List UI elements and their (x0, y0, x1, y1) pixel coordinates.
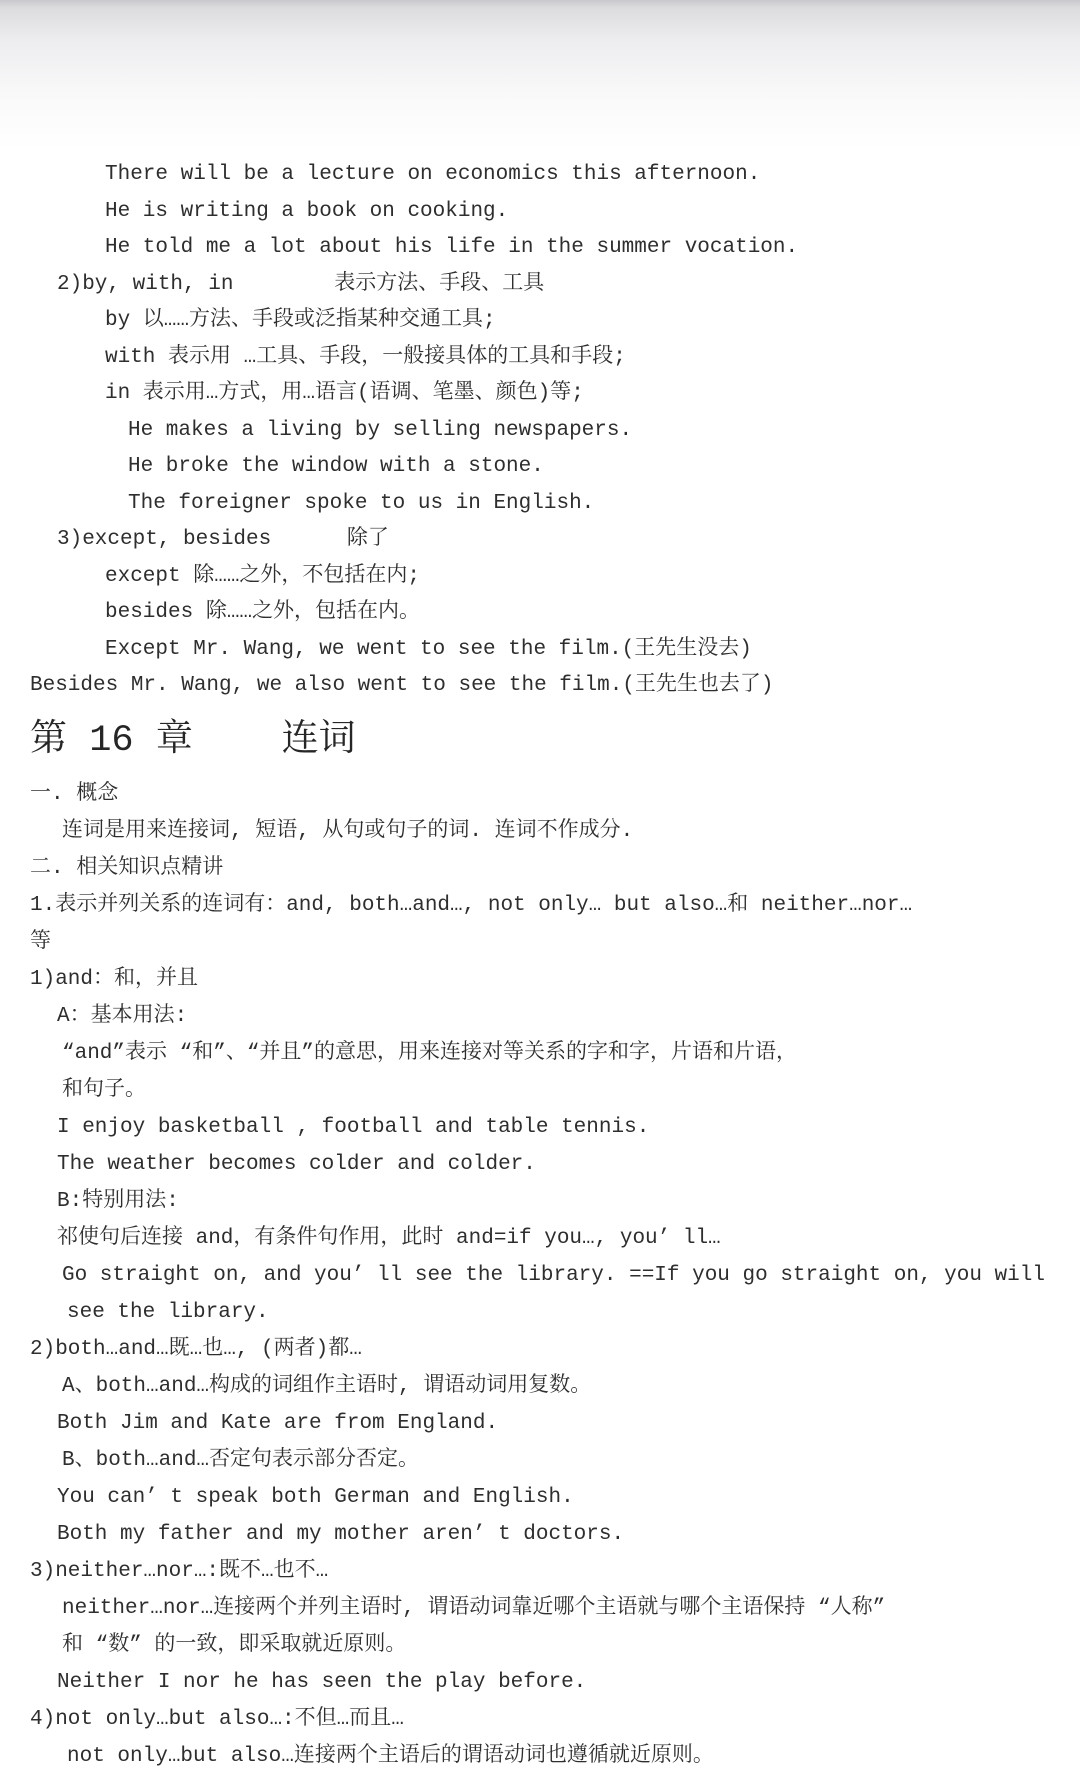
grammar-note: neither…nor…连接两个并列主语时, 谓语动词靠近哪个主语就与哪个主语保… (0, 1590, 1080, 1627)
example-sentence: Except Mr. Wang, we went to see the film… (0, 632, 1080, 669)
example-sentence: The weather becomes colder and colder. (0, 1146, 1080, 1183)
list-item-heading: 1)and：和，并且 (0, 961, 1080, 998)
list-item-heading: 3)neither…nor…:既不…也不… (0, 1553, 1080, 1590)
knowledge-point-continuation: 等 (0, 924, 1080, 961)
sub-item-heading: A：基本用法: (0, 998, 1080, 1035)
example-sentence: You can’ t speak both German and English… (0, 1479, 1080, 1516)
grammar-note: 祁使句后连接 and，有条件句作用，此时 and=if you…, you’ l… (0, 1220, 1080, 1257)
grammar-note: A、both…and…构成的词组作主语时, 谓语动词用复数。 (0, 1368, 1080, 1405)
example-sentence: There will be a lecture on economics thi… (0, 157, 1080, 194)
concept-heading: 一. 概念 (0, 776, 1080, 813)
sub-item-heading: B:特别用法: (0, 1183, 1080, 1220)
definition-line: except 除……之外，不包括在内; (0, 559, 1080, 596)
list-item-heading: 4)not only…but also…:不但…而且… (0, 1701, 1080, 1738)
grammar-note-continuation: 和 “数” 的一致，即采取就近原则。 (0, 1627, 1080, 1664)
list-item-heading: 2)by, with, in 表示方法、手段、工具 (0, 267, 1080, 304)
definition-line: besides 除……之外，包括在内。 (0, 595, 1080, 632)
example-sentence: Both my father and my mother aren’ t doc… (0, 1516, 1080, 1553)
grammar-note: not only…but also…连接两个主语后的谓语动词也遵循就近原则。 (0, 1738, 1080, 1775)
example-sentence: I enjoy basketball , football and table … (0, 1109, 1080, 1146)
example-sentence: Both Jim and Kate are from England. (0, 1405, 1080, 1442)
example-sentence: Go straight on, and you’ ll see the libr… (0, 1257, 1080, 1294)
example-sentence: Neither I nor he has seen the play befor… (0, 1664, 1080, 1701)
grammar-note-continuation: 和句子。 (0, 1072, 1080, 1109)
example-sentence: He is writing a book on cooking. (0, 194, 1080, 231)
chapter16-section: 一. 概念 连词是用来连接词, 短语, 从句或句子的词. 连词不作成分. 二. … (0, 776, 1080, 1775)
knowledge-heading: 二. 相关知识点精讲 (0, 850, 1080, 887)
list-item-heading: 2)both…and…既…也…, (两者)都… (0, 1331, 1080, 1368)
example-sentence: He told me a lot about his life in the s… (0, 230, 1080, 267)
example-sentence: Besides Mr. Wang, we also went to see th… (0, 668, 1080, 705)
document-page: There will be a lecture on economics thi… (0, 0, 1080, 1775)
chapter-heading: 第 16 章 连词 (0, 715, 1080, 767)
knowledge-point: 1.表示并列关系的连词有：and, both…and…, not only… b… (0, 887, 1080, 924)
grammar-note: B、both…and…否定句表示部分否定。 (0, 1442, 1080, 1479)
definition-line: with 表示用 …工具、手段，一般接具体的工具和手段; (0, 340, 1080, 377)
example-sentence: He makes a living by selling newspapers. (0, 413, 1080, 450)
definition-line: in 表示用…方式，用…语言(语调、笔墨、颜色)等; (0, 376, 1080, 413)
list-item-heading: 3)except, besides 除了 (0, 522, 1080, 559)
example-sentence: He broke the window with a stone. (0, 449, 1080, 486)
concept-body: 连词是用来连接词, 短语, 从句或句子的词. 连词不作成分. (0, 813, 1080, 850)
example-sentence: The foreigner spoke to us in English. (0, 486, 1080, 523)
prepositions-section: There will be a lecture on economics thi… (0, 157, 1080, 705)
grammar-note: “and”表示 “和”、“并且”的意思，用来连接对等关系的字和字，片语和片语， (0, 1035, 1080, 1072)
example-sentence-continuation: see the library. (0, 1294, 1080, 1331)
definition-line: by 以……方法、手段或泛指某种交通工具; (0, 303, 1080, 340)
